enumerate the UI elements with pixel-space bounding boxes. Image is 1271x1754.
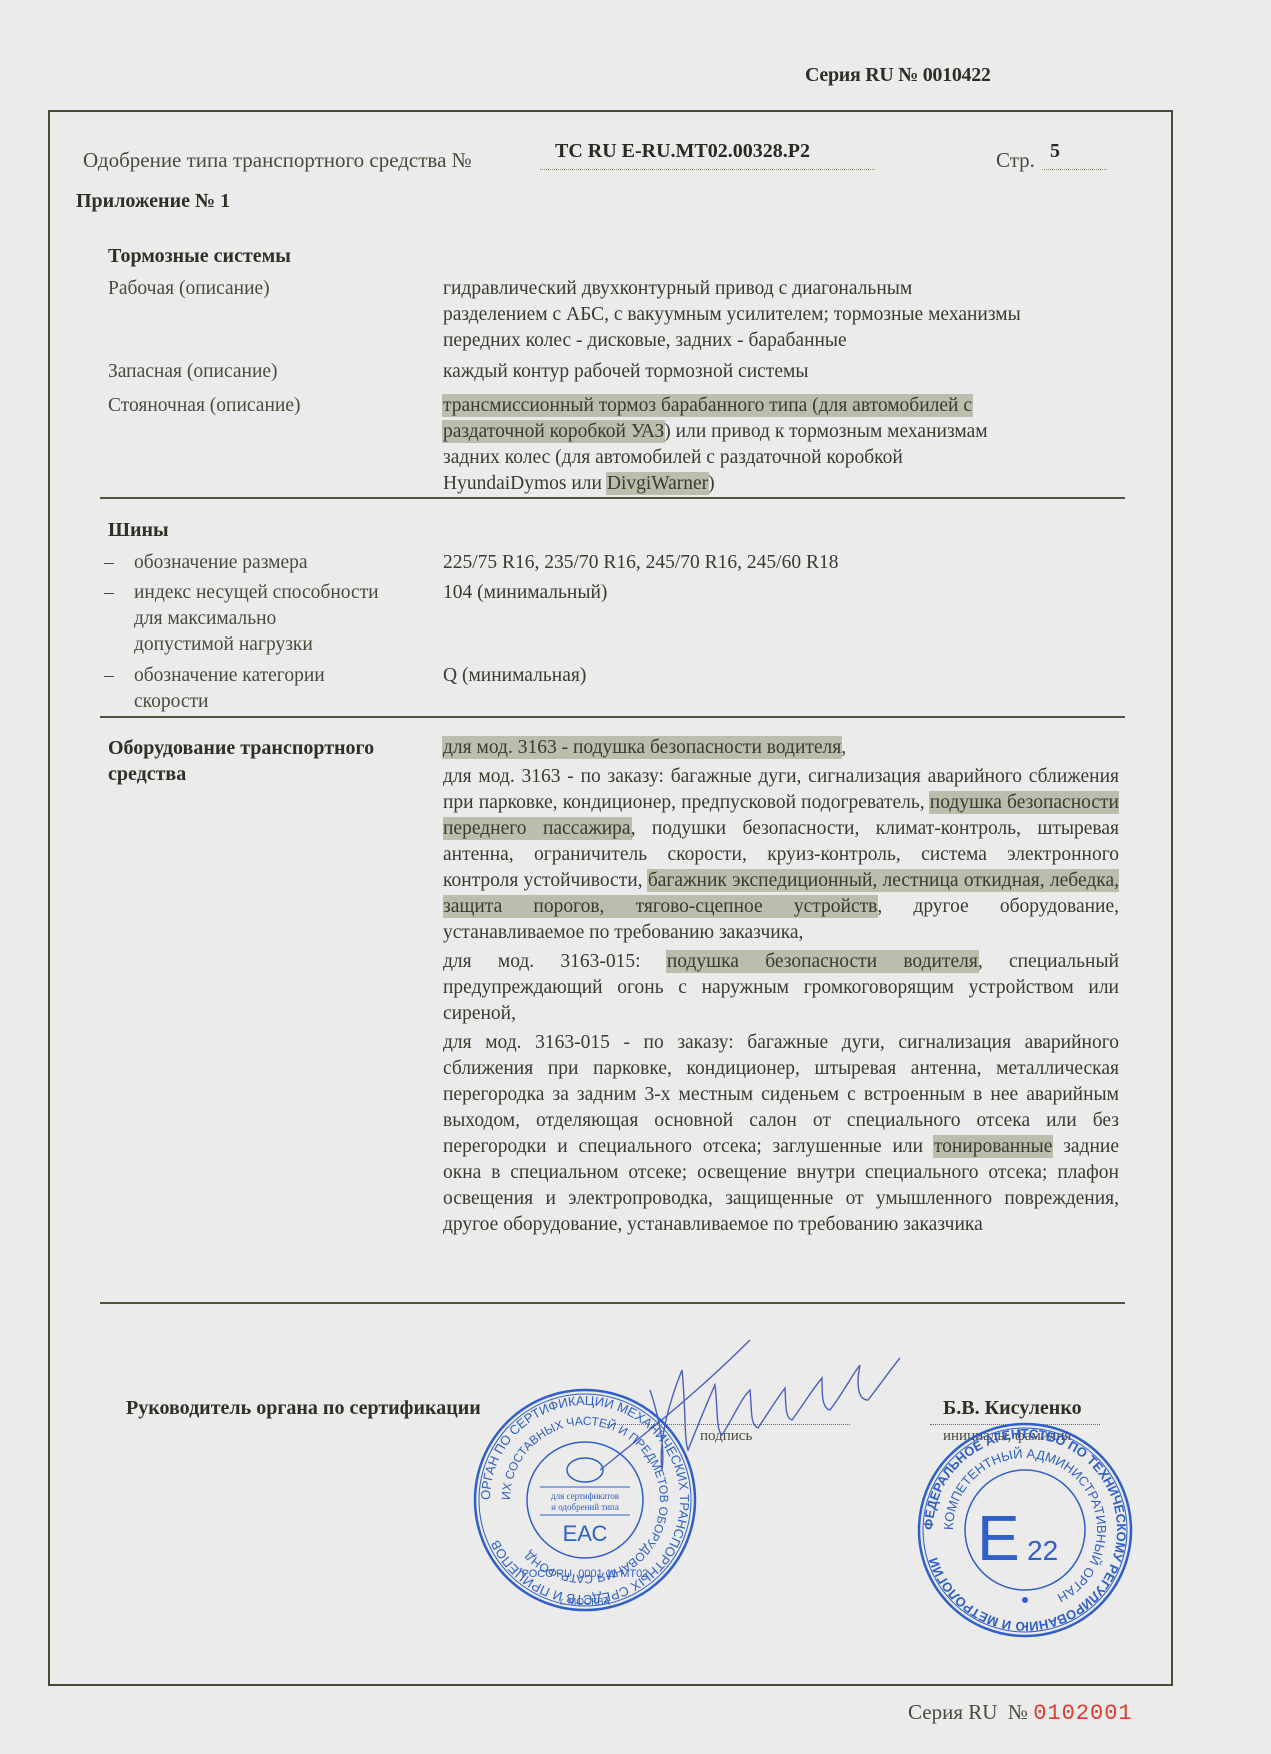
signatory-name: Б.В. Кисуленко: [943, 1397, 1082, 1420]
page-label: Стр.: [996, 148, 1035, 173]
section-divider: [100, 716, 1125, 718]
brake-secondary-label: Запасная (описание): [108, 359, 278, 385]
equipment-paragraph: для мод. 3163 - по заказу: багажные дуги…: [443, 764, 1119, 946]
section-divider: [100, 1302, 1125, 1304]
highlight: трансмиссионный тормоз барабанного типа …: [443, 395, 972, 416]
approval-label: Одобрение типа транспортного средства №: [83, 148, 472, 173]
tires-title: Шины: [108, 519, 169, 542]
brake-service-value: гидравлический двухконтурный привод с ди…: [443, 276, 1021, 354]
series-number-bottom: Серия RU № 0102001: [908, 1700, 1133, 1726]
tire-speed-category-value: Q (минимальная): [443, 663, 586, 689]
equipment-paragraph: для мод. 3163-015: подушка безопасности …: [443, 949, 1119, 1027]
svg-text:22: 22: [1027, 1535, 1058, 1566]
e22-authority-stamp: ФЕДЕРАЛЬНОЕ АГЕНТСТВО ПО ТЕХНИЧЕСКОМУ РЕ…: [915, 1420, 1135, 1640]
brake-parking-label: Стояночная (описание): [108, 393, 300, 419]
svg-text:E: E: [977, 1502, 1020, 1574]
signatory-role: Руководитель органа по сертификации: [126, 1397, 481, 1420]
svg-text:ЕАС: ЕАС: [563, 1521, 608, 1546]
highlight: тонированные: [934, 1136, 1053, 1157]
highlight: раздаточной коробкой УАЗ: [443, 421, 664, 442]
brake-secondary-value: каждый контур рабочей тормозной системы: [443, 359, 808, 385]
svg-text:и одобрений типа: и одобрений типа: [551, 1502, 619, 1512]
approval-underline: [540, 169, 875, 170]
equipment-paragraph: для мод. 3163 - подушка безопасности вод…: [443, 735, 1119, 761]
tire-load-index-label: –индекс несущей способности для максимал…: [104, 580, 379, 658]
appendix-title: Приложение № 1: [76, 190, 230, 213]
page-number: 5: [1050, 140, 1060, 163]
section-divider: [100, 497, 1125, 499]
approval-number: ТС RU E-RU.MT02.00328.P2: [555, 140, 810, 163]
certification-body-stamp: ОРГАН ПО СЕРТИФИКАЦИИ МЕХАНИЧЕСКИХ ТРАНС…: [470, 1385, 700, 1615]
highlight: DivgiWarner: [607, 473, 708, 494]
form-serial-number: 0102001: [1033, 1701, 1132, 1726]
brake-service-label: Рабочая (описание): [108, 276, 270, 302]
svg-text:РОСС RU. 0001 11 МТ02: РОСС RU. 0001 11 МТ02: [522, 1568, 649, 1580]
highlight: подушка безопасности водителя: [667, 951, 978, 972]
series-number-top: Серия RU № 0010422: [805, 64, 991, 87]
page-underline: [1042, 169, 1107, 170]
equipment-paragraph: для мод. 3163-015 - по заказу: багажные …: [443, 1030, 1119, 1238]
svg-text:для сертификатов: для сертификатов: [551, 1491, 619, 1501]
svg-text:г. МОСКВА: г. МОСКВА: [560, 1597, 610, 1608]
tire-size-value: 225/75 R16, 235/70 R16, 245/70 R16, 245/…: [443, 550, 838, 576]
brake-parking-value: трансмиссионный тормоз барабанного типа …: [443, 393, 988, 497]
brakes-title: Тормозные системы: [108, 245, 291, 268]
equipment-title: Оборудование транспортного средства: [108, 735, 374, 787]
tire-load-index-value: 104 (минимальный): [443, 580, 607, 606]
highlight: для мод. 3163 - подушка безопасности вод…: [443, 737, 841, 758]
tire-size-label: –обозначение размера: [104, 550, 308, 576]
equipment-description: для мод. 3163 - подушка безопасности вод…: [443, 735, 1119, 1238]
tire-speed-category-label: –обозначение категории скорости: [104, 663, 325, 715]
